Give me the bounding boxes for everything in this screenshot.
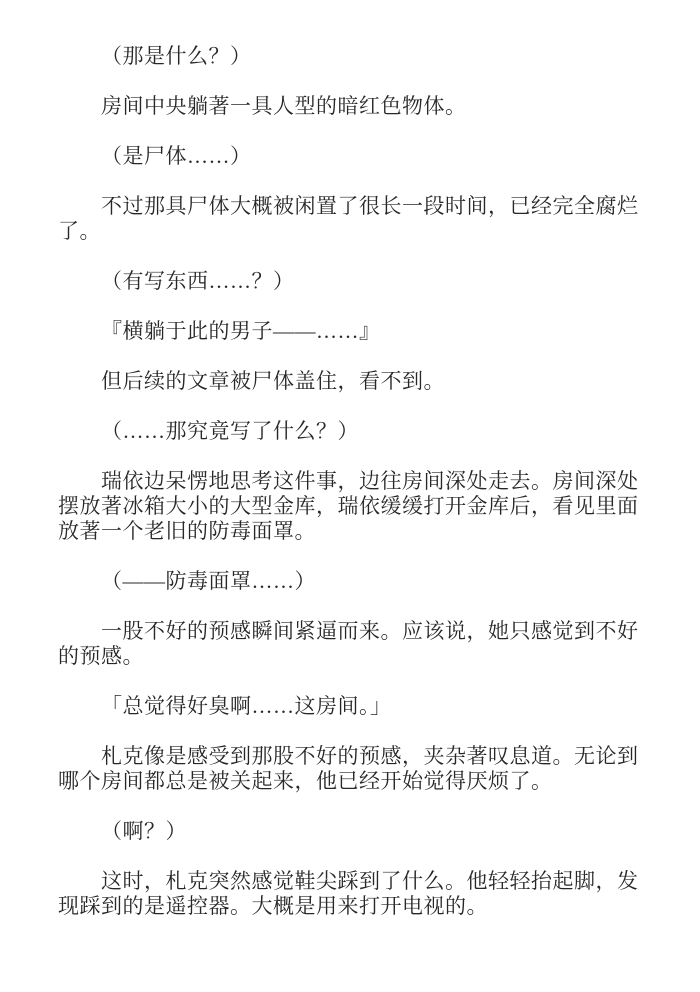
novel-page: （那是什么？） 房间中央躺著一具人型的暗红色物体。 （是尸体……） 不过那具尸体… [0,0,700,992]
paragraph-narration: 这时，札克突然感觉鞋尖踩到了什么。他轻轻抬起脚，发 现踩到的是遥控器。大概是用来… [58,869,650,919]
paragraph-narration: 但后续的文章被尸体盖住，看不到。 [58,369,650,394]
paragraph-narration: 不过那具尸体大概被闲置了很长一段时间，已经完全腐烂 了。 [58,194,650,244]
paragraph-narration: 札克像是感受到那股不好的预感，夹杂著叹息道。无论到 哪个房间都总是被关起来，他已… [58,744,650,794]
paragraph-inner-monologue: （……那究竟写了什么？） [58,419,650,444]
paragraph-written-text: 『横躺于此的男子——……』 [58,319,650,344]
paragraph-inner-monologue: （那是什么？） [58,44,650,69]
paragraph-narration: 瑞依边呆愣地思考这件事，边往房间深处走去。房间深处 摆放著冰箱大小的大型金库，瑞… [58,469,650,544]
paragraph-inner-monologue: （啊？） [58,819,650,844]
paragraph-narration: 一股不好的预感瞬间紧逼而来。应该说，她只感觉到不好 的预感。 [58,619,650,669]
paragraph-inner-monologue: （——防毒面罩……） [58,569,650,594]
paragraph-inner-monologue: （有写东西……？） [58,269,650,294]
paragraph-inner-monologue: （是尸体……） [58,144,650,169]
paragraph-narration: 房间中央躺著一具人型的暗红色物体。 [58,94,650,119]
paragraph-dialogue: 「总觉得好臭啊……这房间。」 [58,694,650,719]
